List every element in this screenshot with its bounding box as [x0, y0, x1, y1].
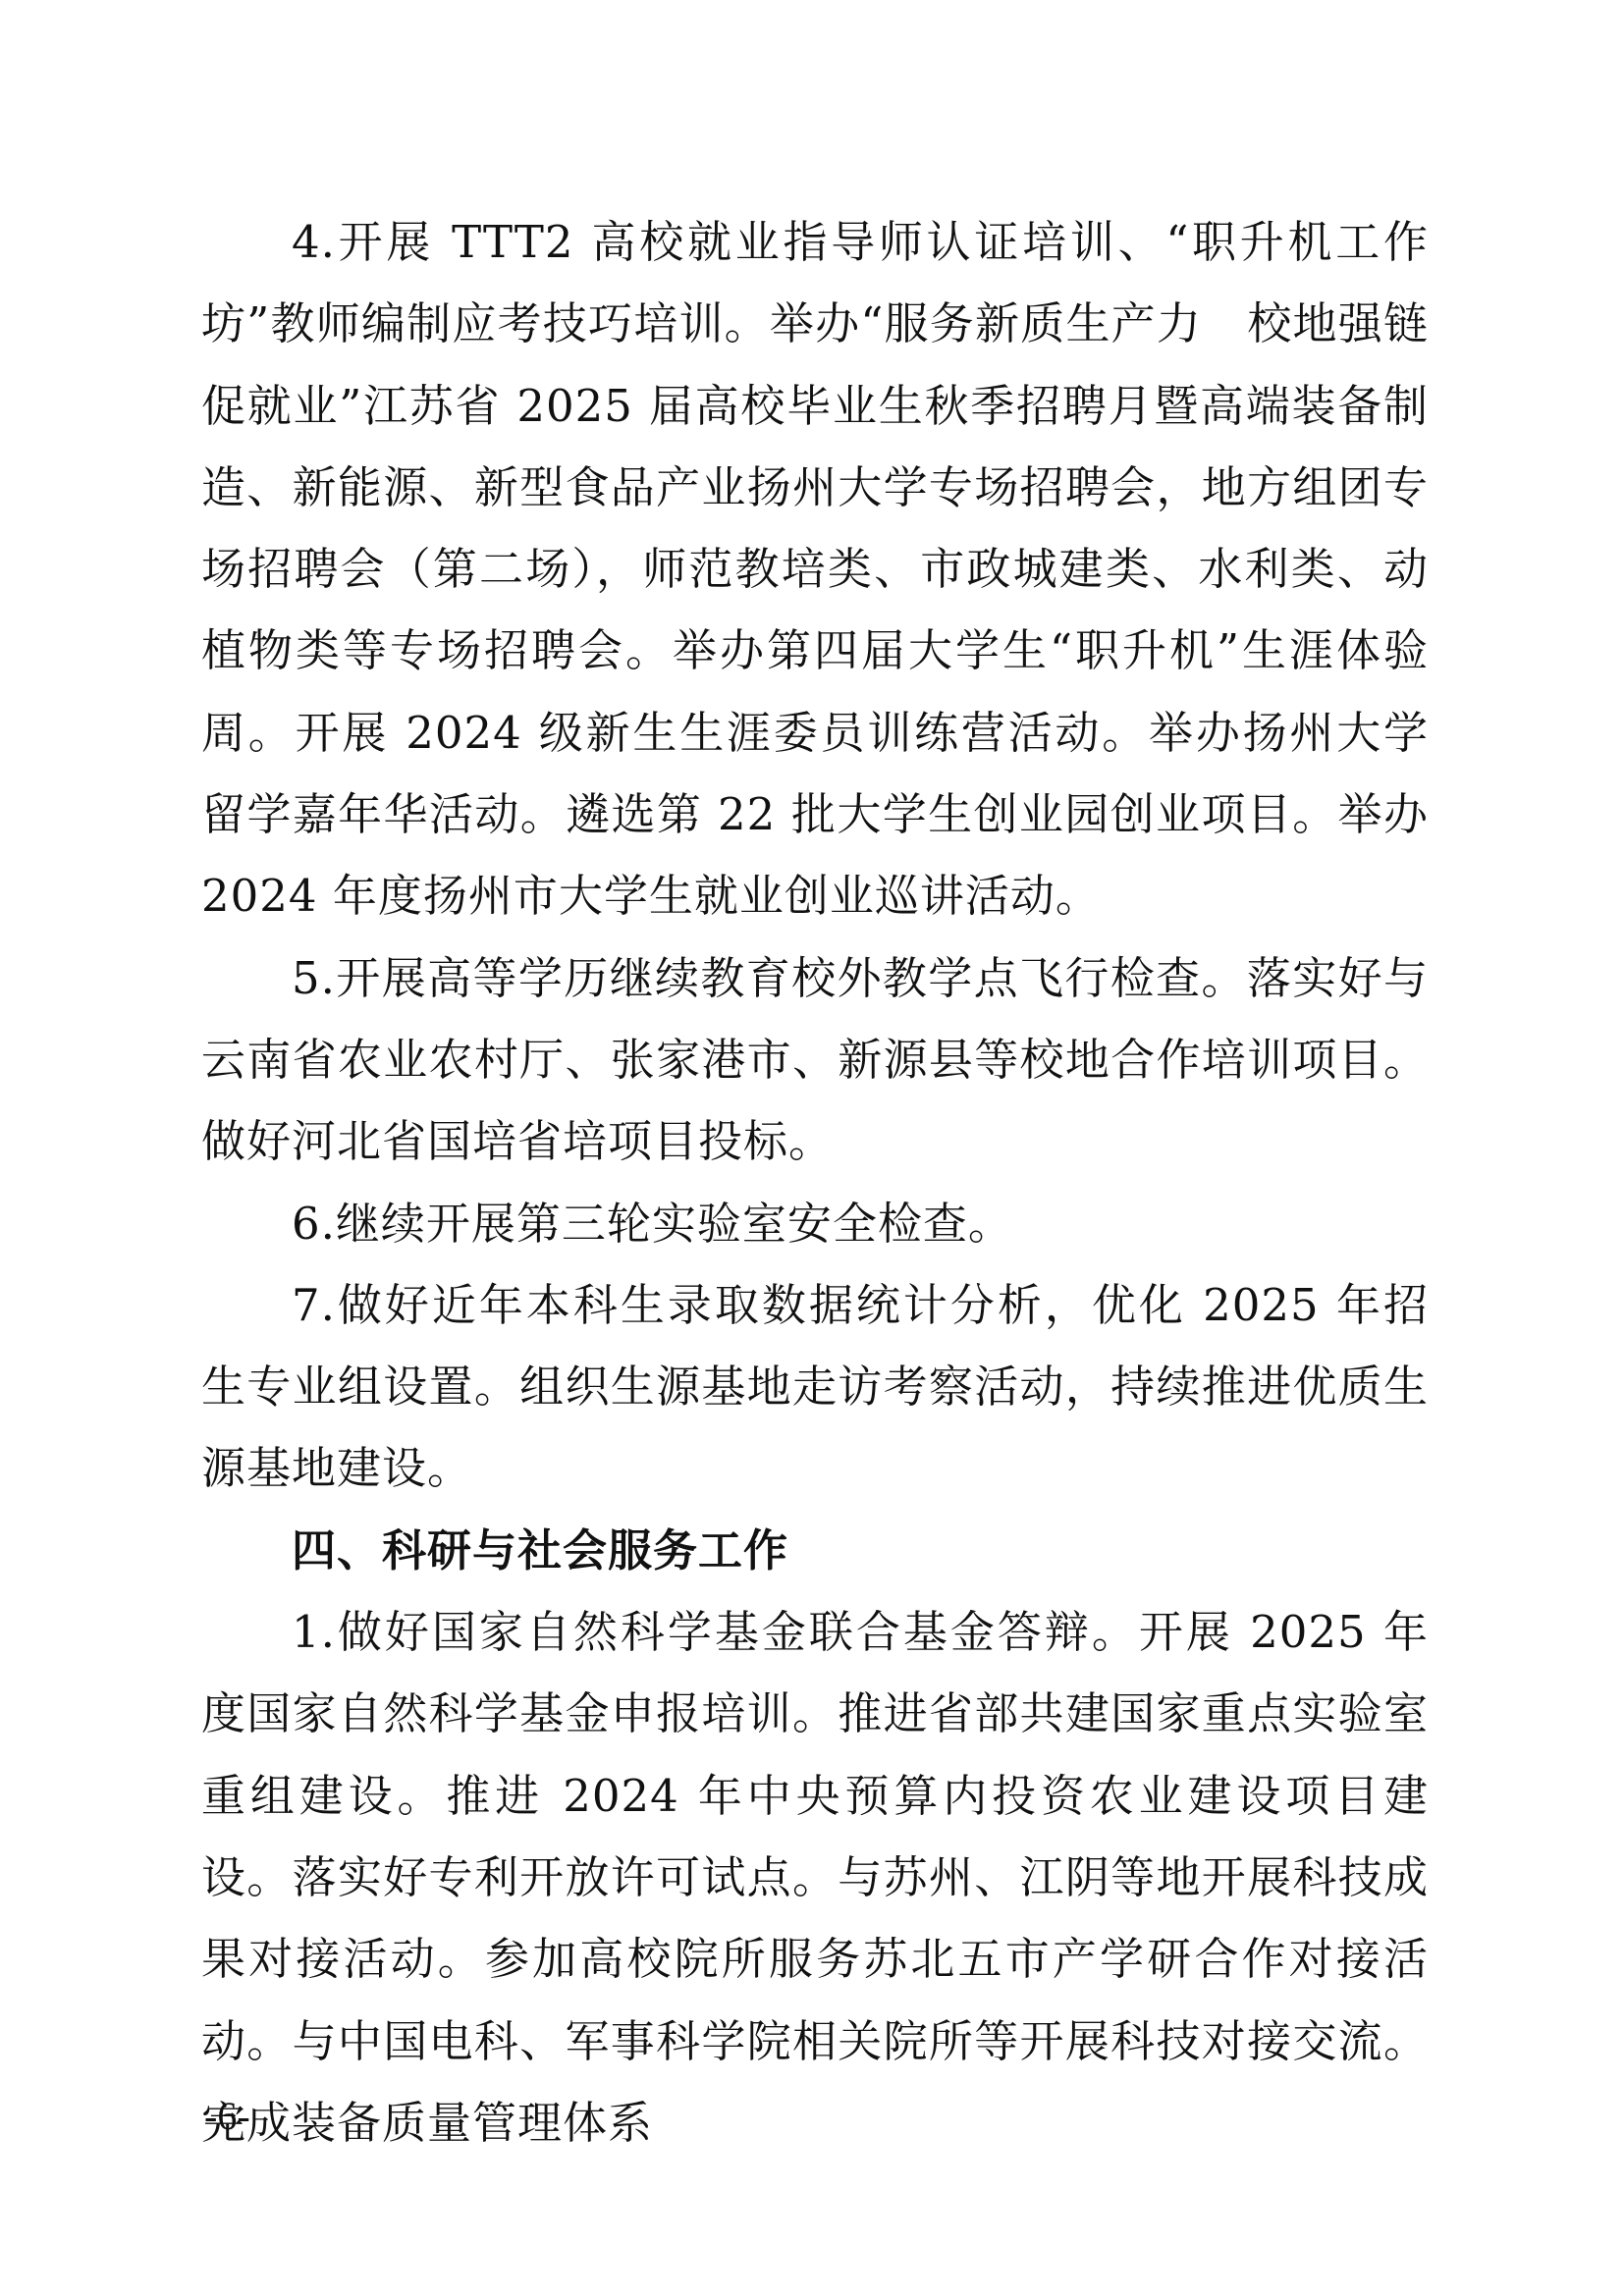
document-body: 4.开展 TTT2 高校就业指导师认证培训、“职升机工作坊”教师编制应考技巧培训…	[201, 201, 1429, 2163]
section-heading-research: 四、科研与社会服务工作	[201, 1510, 1429, 1591]
paragraph-item-5: 5.开展高等学历继续教育校外教学点飞行检查。落实好与云南省农业农村厅、张家港市、…	[201, 937, 1429, 1183]
paragraph-research-item-1: 1.做好国家自然科学基金联合基金答辩。开展 2025 年度国家自然科学基金申报培…	[201, 1591, 1429, 2163]
page-number: -6-	[204, 2093, 250, 2139]
paragraph-item-7: 7.做好近年本科生录取数据统计分析，优化 2025 年招生专业组设置。组织生源基…	[201, 1264, 1429, 1510]
paragraph-item-4: 4.开展 TTT2 高校就业指导师认证培训、“职升机工作坊”教师编制应考技巧培训…	[201, 201, 1429, 937]
paragraph-item-6: 6.继续开展第三轮实验室安全检查。	[201, 1183, 1429, 1264]
